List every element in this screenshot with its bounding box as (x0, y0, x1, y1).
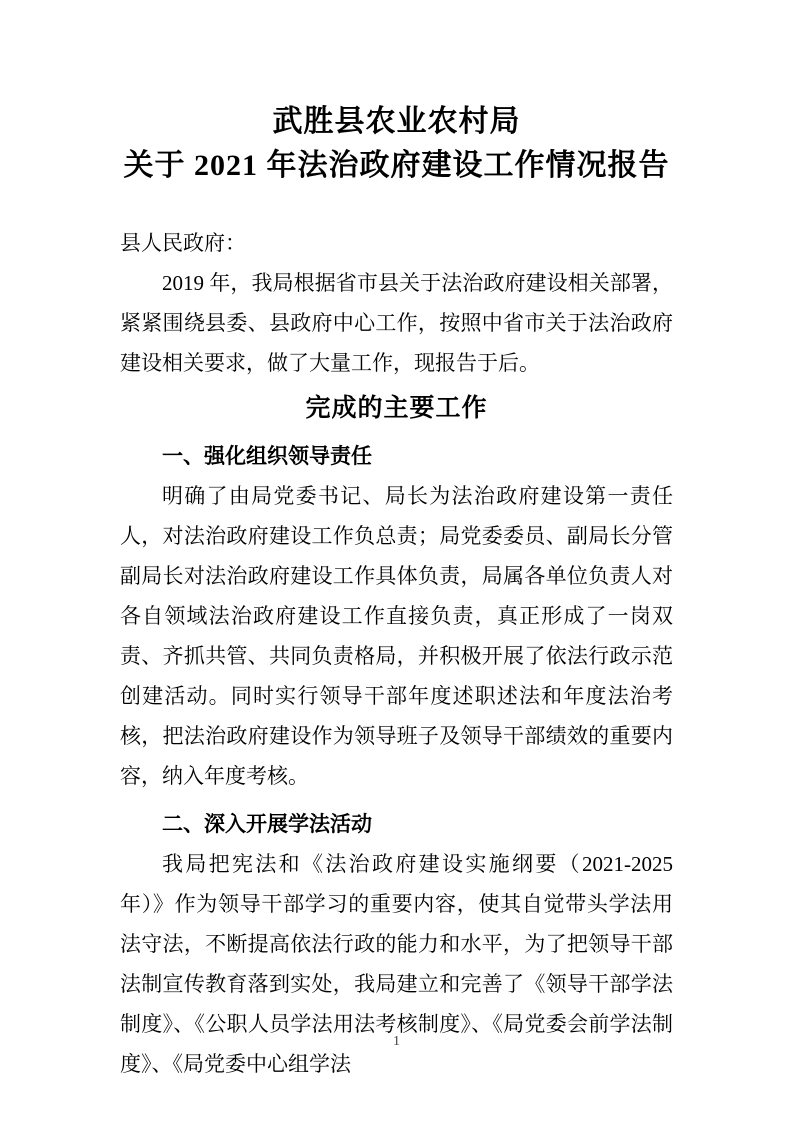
title-line-2: 关于 2021 年法治政府建设工作情况报告 (0, 144, 793, 188)
document-page: 武胜县农业农村局 关于 2021 年法治政府建设工作情况报告 县人民政府： 20… (0, 0, 793, 1122)
main-heading: 完成的主要工作 (120, 388, 673, 428)
section-heading-2: 二、深入开展学法活动 (120, 804, 673, 844)
section-paragraph-1: 明确了由局党委书记、局长为法治政府建设第一责任人，对法治政府建设工作负总责；局党… (120, 476, 673, 796)
page-number: 1 (0, 1034, 793, 1050)
document-body: 县人民政府： 2019 年，我局根据省市县关于法治政府建设相关部署，紧紧围绕县委… (120, 223, 673, 1084)
title-line-1: 武胜县农业农村局 (0, 100, 793, 144)
section-heading-1: 一、强化组织领导责任 (120, 436, 673, 476)
salutation: 县人民政府： (120, 223, 673, 263)
document-title: 武胜县农业农村局 关于 2021 年法治政府建设工作情况报告 (0, 0, 793, 188)
intro-paragraph: 2019 年，我局根据省市县关于法治政府建设相关部署，紧紧围绕县委、县政府中心工… (120, 263, 673, 383)
